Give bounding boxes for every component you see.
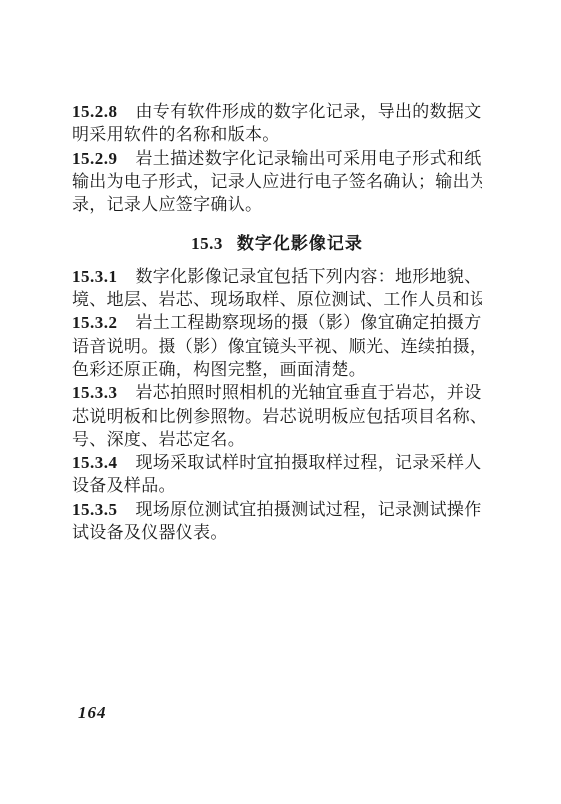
- clause-line: 15.2.9岩土描述数字化记录输出可采用电子形式和纸质记录。: [72, 147, 482, 170]
- clause-line: 明采用软件的名称和版本。: [72, 123, 482, 146]
- page-number: 164: [78, 703, 107, 723]
- clause-number: 15.2.8: [72, 102, 118, 121]
- clause-line: 15.2.8由专有软件形成的数字化记录，导出的数据文件中应注: [72, 100, 482, 123]
- clause-text: 数字化影像记录宜包括下列内容：地形地貌、周边环: [136, 267, 483, 286]
- document-page: 15.2.8由专有软件形成的数字化记录，导出的数据文件中应注 明采用软件的名称和…: [0, 0, 561, 804]
- clause-line: 15.3.3岩芯拍照时照相机的光轴宜垂直于岩芯，并设置拍照岩: [72, 381, 482, 404]
- clause-line: 芯说明板和比例参照物。岩芯说明板应包括项目名称、勘探点编: [72, 405, 482, 428]
- clause-line: 试设备及仪器仪表。: [72, 521, 482, 544]
- clause-line: 15.3.4现场采取试样时宜拍摄取样过程，记录采样人员、采样: [72, 451, 482, 474]
- clause-text: 现场原位测试宜拍摄测试过程，记录测试操作人员、测: [136, 500, 483, 519]
- clause-15-3-3: 15.3.3岩芯拍照时照相机的光轴宜垂直于岩芯，并设置拍照岩 芯说明板和比例参照…: [72, 381, 482, 451]
- clause-line: 15.3.1数字化影像记录宜包括下列内容：地形地貌、周边环: [72, 265, 482, 288]
- clause-15-2-8: 15.2.8由专有软件形成的数字化记录，导出的数据文件中应注 明采用软件的名称和…: [72, 100, 482, 147]
- clause-line: 15.3.5现场原位测试宜拍摄测试过程，记录测试操作人员、测: [72, 498, 482, 521]
- clause-text: 岩芯拍照时照相机的光轴宜垂直于岩芯，并设置拍照岩: [136, 383, 483, 402]
- clause-text: 由专有软件形成的数字化记录，导出的数据文件中应注: [136, 102, 483, 121]
- clause-15-3-1: 15.3.1数字化影像记录宜包括下列内容：地形地貌、周边环 境、地层、岩芯、现场…: [72, 265, 482, 312]
- clause-line: 设备及样品。: [72, 474, 482, 497]
- clause-line: 号、深度、岩芯定名。: [72, 428, 482, 451]
- clause-line: 语音说明。摄（影）像宜镜头平视、顺光、连续拍摄，图像应: [72, 335, 482, 358]
- clause-number: 15.3.4: [72, 453, 118, 472]
- clause-line: 录，记录人应签字确认。: [72, 193, 482, 216]
- clause-text: 岩土工程勘察现场的摄（影）像宜确定拍摄方向，配置: [136, 313, 483, 332]
- clause-line: 15.3.2岩土工程勘察现场的摄（影）像宜确定拍摄方向，配置: [72, 311, 482, 334]
- clause-15-3-5: 15.3.5现场原位测试宜拍摄测试过程，记录测试操作人员、测 试设备及仪器仪表。: [72, 498, 482, 545]
- clause-number: 15.2.9: [72, 149, 118, 168]
- clause-line: 境、地层、岩芯、现场取样、原位测试、工作人员和设备。: [72, 288, 482, 311]
- clause-line: 输出为电子形式，记录人应进行电子签名确认；输出为纸质记: [72, 170, 482, 193]
- clause-line: 色彩还原正确，构图完整，画面清楚。: [72, 358, 482, 381]
- section-title: 数字化影像记录: [237, 234, 363, 253]
- clause-number: 15.3.1: [72, 267, 118, 286]
- clause-number: 15.3.3: [72, 383, 118, 402]
- clause-number: 15.3.5: [72, 500, 118, 519]
- clause-15-3-2: 15.3.2岩土工程勘察现场的摄（影）像宜确定拍摄方向，配置 语音说明。摄（影）…: [72, 311, 482, 381]
- clause-15-2-9: 15.2.9岩土描述数字化记录输出可采用电子形式和纸质记录。 输出为电子形式，记…: [72, 147, 482, 217]
- document-body: 15.2.8由专有软件形成的数字化记录，导出的数据文件中应注 明采用软件的名称和…: [72, 100, 482, 544]
- clause-text: 现场采取试样时宜拍摄取样过程，记录采样人员、采样: [136, 453, 483, 472]
- clause-number: 15.3.2: [72, 313, 118, 332]
- section-heading: 15.3数字化影像记录: [72, 232, 482, 255]
- clause-text: 岩土描述数字化记录输出可采用电子形式和纸质记录。: [136, 149, 483, 168]
- section-number: 15.3: [191, 234, 223, 253]
- clause-15-3-4: 15.3.4现场采取试样时宜拍摄取样过程，记录采样人员、采样 设备及样品。: [72, 451, 482, 498]
